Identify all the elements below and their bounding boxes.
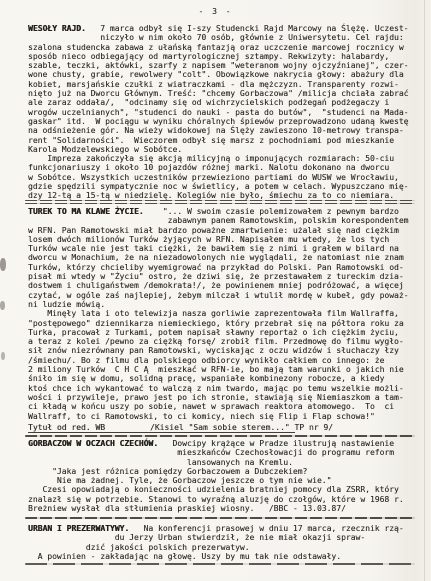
- scanned-document-page: - 3 - WESOŁY RAJD. 7 marca odbył się I-s…: [0, 0, 431, 581]
- divider-double-bottom-bar: [25, 203, 415, 205]
- section-text-gorbaczow-w-oczach-czechow: Dowcipy krążące w Pradze ilustrują nasta…: [28, 439, 420, 513]
- section-text-turek-to-ma-klawe-zycie: "... W swoim czasie polemizowałem z pewn…: [28, 207, 420, 421]
- scan-smudge: [0, 301, 5, 310]
- divider-after-turek: [25, 435, 415, 437]
- section-wesoly-rajd: WESOŁY RAJD. 7 marca odbył się I-szy Stu…: [28, 24, 420, 201]
- section-text-wesoly-rajd: 7 marca odbył się I-szy Studencki Rajd M…: [28, 24, 420, 201]
- section-urban-i-prezerwatywy: URBAN I PREZERWATYWY. Na konferencji pra…: [28, 524, 420, 561]
- section-title-urban-i-prezerwatywy: URBAN I PREZERWATYWY.: [28, 524, 129, 533]
- editor-credit-underline: [28, 432, 295, 433]
- section-title-gorbaczow-w-oczach-czechow: GORBACZOW W OCZACH CZECHÓW.: [28, 439, 158, 448]
- page-number: - 3 -: [0, 7, 431, 16]
- paper-edge-line: [424, 0, 425, 581]
- scan-smudge: [1, 352, 5, 360]
- section-title-wesoly-rajd: WESOŁY RAJD.: [28, 24, 86, 33]
- scan-smudge: [0, 258, 6, 271]
- divider-double-top-bar: [25, 200, 415, 202]
- section-title-turek-to-ma-klawe-zycie: TUREK TO MA KLAWE ŻYCIE.: [28, 207, 144, 216]
- section-gorbaczow-w-oczach-czechow: GORBACZOW W OCZACH CZECHÓW. Dowcipy krąż…: [28, 439, 420, 513]
- divider-after-gorbaczow: [25, 517, 415, 519]
- section-turek-to-ma-klawe-zycie: TUREK TO MA KLAWE ŻYCIE. "... W swoim cz…: [28, 207, 420, 421]
- divider-bottom: [25, 563, 415, 565]
